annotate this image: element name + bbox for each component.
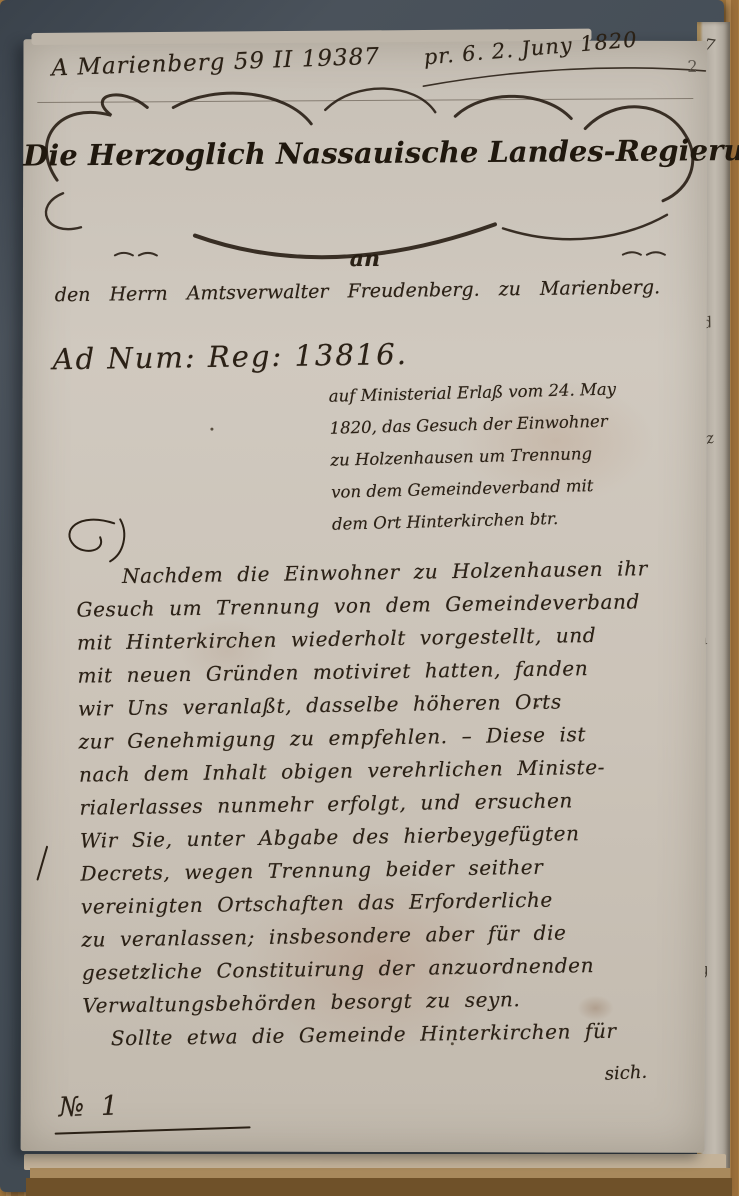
registry-reference: Ad Num: Reg: 13816. — [52, 337, 408, 376]
ink-speck — [210, 428, 213, 431]
ink-speck — [451, 1042, 454, 1045]
photo-of-archival-document: { "page": { "archival_note": "A Marienbe… — [0, 0, 739, 1196]
document-page: A Marienberg 59 II 19387 pr. 6. 2. Juny … — [21, 39, 708, 1153]
ink-speck — [536, 704, 539, 707]
ink-speck — [141, 969, 144, 972]
presentation-date-note: pr. 6. 2. Juny 1820 — [423, 27, 639, 69]
catchword: sich. — [604, 1062, 647, 1085]
letterhead-title: Die Herzoglich Nassauische Landes-Regier… — [23, 133, 707, 172]
exhibit-number-underline — [55, 1126, 251, 1134]
subject-block: auf Ministerial Erlaß vom 24. May 1820, … — [328, 372, 677, 541]
pencil-page-number: 2 — [687, 57, 697, 76]
letter-body: Nachdem die Einwohner zu Holzenhausen ih… — [76, 552, 699, 1056]
opening-paraph-flourish — [56, 513, 130, 565]
paper-stack-edge — [26, 1178, 732, 1196]
recipient-line: den Herrn Amtsverwalter Freudenberg. zu … — [55, 276, 699, 306]
margin-check-stroke — [36, 846, 48, 881]
archival-reference-note: A Marienberg 59 II 19387 — [51, 44, 380, 82]
exhibit-number: № 1 — [58, 1090, 122, 1123]
calligraphic-flourishes — [23, 85, 705, 277]
